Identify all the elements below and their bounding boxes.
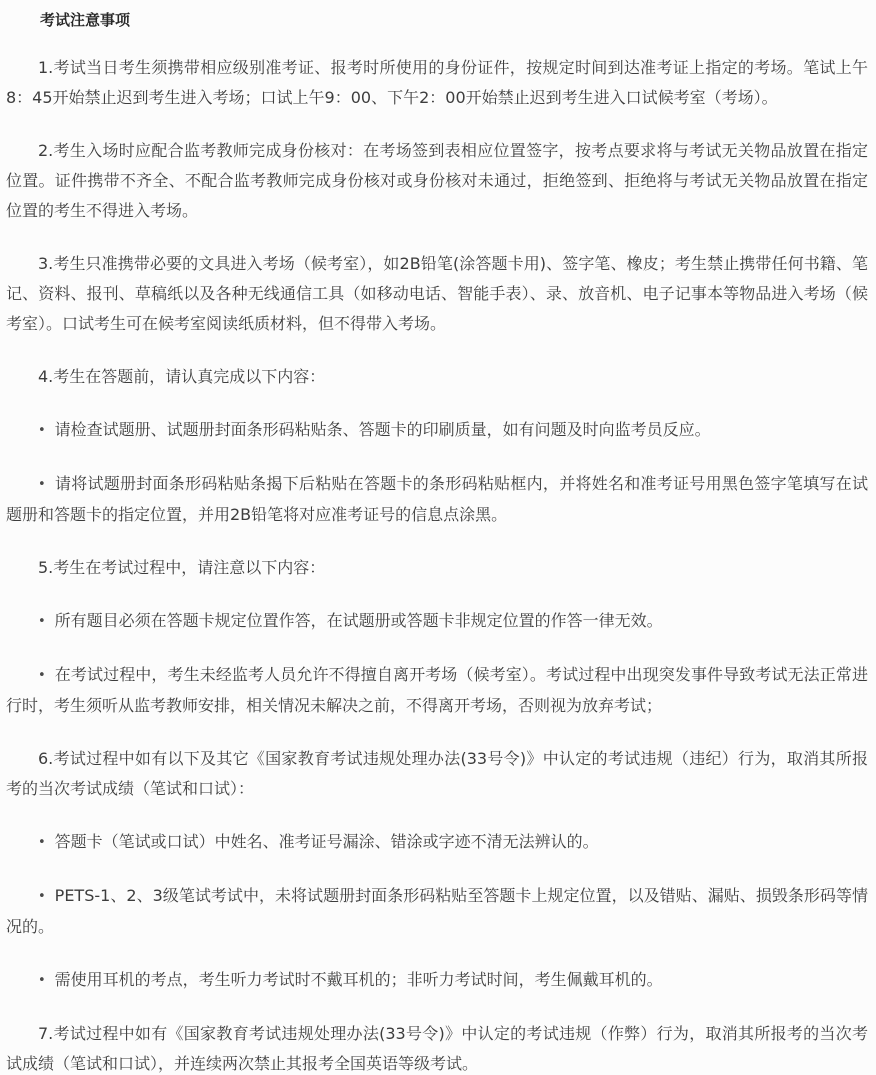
paragraph-text: 5.考生在考试过程中，请注意以下内容： xyxy=(38,558,325,577)
bullet-icon: • xyxy=(38,828,46,858)
paragraph-text: 2.考生入场时应配合监考教师完成身份核对：在考场签到表相应位置签字，按考点要求将… xyxy=(6,141,868,220)
paragraph-text: 1.考试当日考生须携带相应级别准考证、报考时所使用的身份证件，按规定时间到达准考… xyxy=(6,58,868,107)
bullet-icon: • xyxy=(38,966,46,996)
bullet-icon: • xyxy=(38,470,46,500)
notice-paragraph-1: 1.考试当日考生须携带相应级别准考证、报考时所使用的身份证件，按规定时间到达准考… xyxy=(6,53,868,113)
exam-notice-document: 考试注意事项 1.考试当日考生须携带相应级别准考证、报考时所使用的身份证件，按规… xyxy=(0,0,876,1075)
bullet-icon: • xyxy=(38,882,46,912)
bullet-icon: • xyxy=(38,416,46,446)
bullet-item-7: •需使用耳机的考点，考生听力考试时不戴耳机的；非听力考试时间，考生佩戴耳机的。 xyxy=(6,965,868,996)
bullet-text: 需使用耳机的考点，考生听力考试时不戴耳机的；非听力考试时间，考生佩戴耳机的。 xyxy=(55,970,663,989)
bullet-item-1: •请检查试题册、试题册封面条形码粘贴条、答题卡的印刷质量，如有问题及时向监考员反… xyxy=(6,415,868,446)
bullet-item-5: •答题卡（笔试或口试）中姓名、准考证号漏涂、错涂或字迹不清无法辨认的。 xyxy=(6,827,868,858)
bullet-item-4: •在考试过程中，考生未经监考人员允许不得擅自离开考场（候考室）。考试过程中出现突… xyxy=(6,660,868,721)
bullet-text: 答题卡（笔试或口试）中姓名、准考证号漏涂、错涂或字迹不清无法辨认的。 xyxy=(55,832,599,851)
paragraph-text: 4.考生在答题前，请认真完成以下内容： xyxy=(38,367,325,386)
notice-paragraph-3: 3.考生只准携带必要的文具进入考场（候考室），如2B铅笔(涂答题卡用)、签字笔、… xyxy=(6,249,868,339)
bullet-item-2: •请将试题册封面条形码粘贴条揭下后粘贴在答题卡的条形码粘贴框内，并将姓名和准考证… xyxy=(6,469,868,530)
bullet-item-6: •PETS-1、2、3级笔试考试中，未将试题册封面条形码粘贴至答题卡上规定位置，… xyxy=(6,881,868,942)
page-title: 考试注意事项 xyxy=(40,10,868,30)
bullet-text: 请将试题册封面条形码粘贴条揭下后粘贴在答题卡的条形码粘贴框内，并将姓名和准考证号… xyxy=(6,474,868,524)
bullet-text: 在考试过程中，考生未经监考人员允许不得擅自离开考场（候考室）。考试过程中出现突发… xyxy=(6,665,868,715)
notice-paragraph-4: 4.考生在答题前，请认真完成以下内容： xyxy=(6,362,868,392)
bullet-item-3: •所有题目必须在答题卡规定位置作答，在试题册或答题卡非规定位置的作答一律无效。 xyxy=(6,606,868,637)
bullet-text: 请检查试题册、试题册封面条形码粘贴条、答题卡的印刷质量，如有问题及时向监考员反应… xyxy=(55,420,711,439)
paragraph-text: 7.考试过程中如有《国家教育考试违规处理办法(33号令)》中认定的考试违规（作弊… xyxy=(6,1024,868,1073)
notice-paragraph-6: 6.考试过程中如有以下及其它《国家教育考试违规处理办法(33号令)》中认定的考试… xyxy=(6,744,868,804)
notice-paragraph-7: 7.考试过程中如有《国家教育考试违规处理办法(33号令)》中认定的考试违规（作弊… xyxy=(6,1019,868,1075)
bullet-icon: • xyxy=(38,661,46,691)
notice-paragraph-5: 5.考生在考试过程中，请注意以下内容： xyxy=(6,553,868,583)
bullet-icon: • xyxy=(38,607,46,637)
bullet-text: 所有题目必须在答题卡规定位置作答，在试题册或答题卡非规定位置的作答一律无效。 xyxy=(55,611,663,630)
notice-paragraph-2: 2.考生入场时应配合监考教师完成身份核对：在考场签到表相应位置签字，按考点要求将… xyxy=(6,136,868,226)
bullet-text: PETS-1、2、3级笔试考试中，未将试题册封面条形码粘贴至答题卡上规定位置，以… xyxy=(6,886,868,936)
paragraph-text: 3.考生只准携带必要的文具进入考场（候考室），如2B铅笔(涂答题卡用)、签字笔、… xyxy=(6,254,868,333)
paragraph-text: 6.考试过程中如有以下及其它《国家教育考试违规处理办法(33号令)》中认定的考试… xyxy=(6,749,868,798)
